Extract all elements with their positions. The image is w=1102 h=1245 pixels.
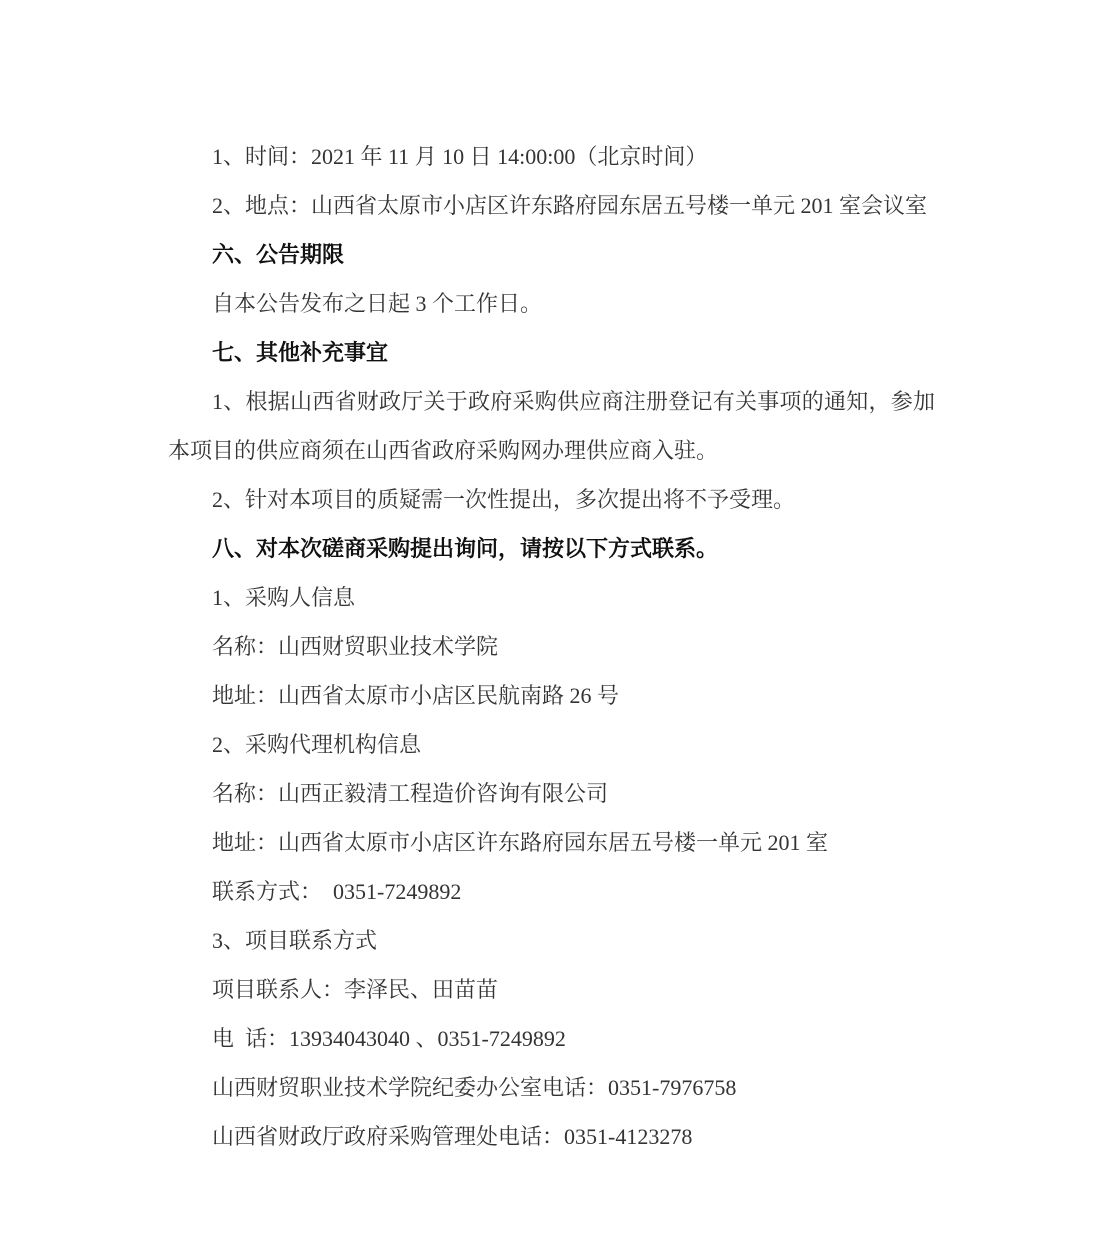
discipline-office-phone: 山西财贸职业技术学院纪委办公室电话：0351-7976758 xyxy=(168,1063,935,1112)
supplement-item-1: 1、根据山西省财政厅关于政府采购供应商注册登记有关事项的通知，参加本项目的供应商… xyxy=(168,377,935,475)
time-line: 1、时间：2021 年 11 月 10 日 14:00:00（北京时间） xyxy=(168,132,935,181)
project-contact-heading: 3、项目联系方式 xyxy=(168,916,935,965)
purchaser-info-heading: 1、采购人信息 xyxy=(168,573,935,622)
purchaser-name: 名称：山西财贸职业技术学院 xyxy=(168,622,935,671)
agency-info-heading: 2、采购代理机构信息 xyxy=(168,720,935,769)
procurement-admin-phone: 山西省财政厅政府采购管理处电话：0351-4123278 xyxy=(168,1112,935,1161)
section-6-heading: 六、公告期限 xyxy=(168,230,935,279)
document-content: 1、时间：2021 年 11 月 10 日 14:00:00（北京时间） 2、地… xyxy=(168,132,935,1161)
agency-contact-phone: 联系方式： 0351-7249892 xyxy=(168,867,935,916)
purchaser-address: 地址：山西省太原市小店区民航南路 26 号 xyxy=(168,671,935,720)
announcement-period-text: 自本公告发布之日起 3 个工作日。 xyxy=(168,279,935,328)
section-8-heading: 八、对本次磋商采购提出询问，请按以下方式联系。 xyxy=(168,524,935,573)
project-contact-persons: 项目联系人：李泽民、田苗苗 xyxy=(168,965,935,1014)
agency-name: 名称：山西正毅清工程造价咨询有限公司 xyxy=(168,769,935,818)
agency-address: 地址：山西省太原市小店区许东路府园东居五号楼一单元 201 室 xyxy=(168,818,935,867)
project-phone: 电 话：13934043040 、0351-7249892 xyxy=(168,1014,935,1063)
section-7-heading: 七、其他补充事宜 xyxy=(168,328,935,377)
location-line: 2、地点：山西省太原市小店区许东路府园东居五号楼一单元 201 室会议室 xyxy=(168,181,935,230)
document-page: 1、时间：2021 年 11 月 10 日 14:00:00（北京时间） 2、地… xyxy=(0,0,1102,1245)
supplement-item-2: 2、针对本项目的质疑需一次性提出，多次提出将不予受理。 xyxy=(168,475,935,524)
